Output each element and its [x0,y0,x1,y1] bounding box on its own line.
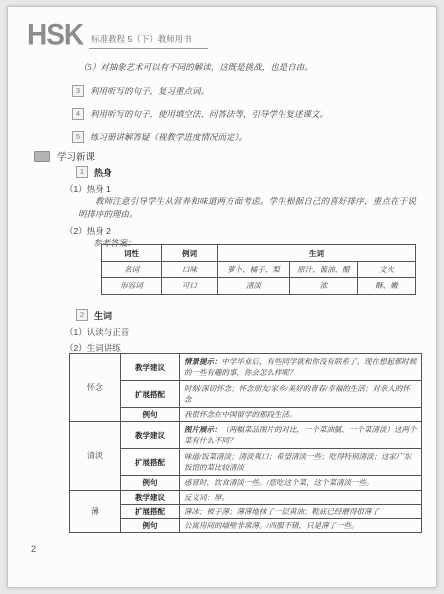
expand-content: 薄冰；被子薄；薄薄地抹了一层黄油；鞋底已经磨得很薄了 [180,504,422,518]
table-row: 名词 口味 萝卜、橘子、梨 原汁、酱油、醋 文火 [102,262,416,278]
section-marker-icon [34,151,50,162]
suggest-lead: 情景提示： [184,357,222,366]
step-number-box: 4 [72,108,84,120]
col-header-newwords: 生词 [218,245,416,262]
expand-content: 时刻/深切怀念；怀念朋友/家乡/美好的青春/幸福的生活；对亲人的怀念 [180,381,422,408]
warmup1-label: （1）热身 1 [65,183,111,195]
row-label-example: 例句 [121,476,180,490]
suggest-lead: 图片展示： [184,425,222,434]
suggest-text: 反义词：厚。 [184,493,229,502]
table-row: 例句 我很怀念在中国留学的那段生活。 [70,408,422,422]
row-label-suggest: 教学建议 [121,354,180,381]
warmup2-label: （2）热身 2 [65,225,111,237]
expand-content: 味道/饭菜清淡；清淡爽口；希望清淡一些；吃得特别清淡；这家广东饭馆的菜比较清淡 [180,449,422,476]
example-content: 感冒时，饮食清淡一些。/您吃这个菜，这个菜清淡一些。 [180,476,422,490]
hsk-logo: HSK [27,20,83,49]
words-cell: 浓 [290,278,358,294]
vocab-word-cell: 清淡 [70,422,121,490]
vocab-sub1-label: （1）认读与正音 [65,326,129,338]
words-cell: 酥、嫩 [358,278,416,294]
step-text: 利用听写的句子，使用填空法、问答法等，引导学生复述课文。 [90,108,328,120]
warmup-title: 热身 [94,166,112,179]
warmup1-note: 教师注意引导学生从营养和味道两方面考虑。学生根据自己的喜好排序，重点在于说明排序… [78,195,416,221]
example-content: 我很怀念在中国留学的那段生活。 [180,408,422,422]
step-3: 3 利用听写的句子，复习重点词。 [72,85,209,97]
pos-cell: 形容词 [102,278,162,294]
row-label-expand: 扩展搭配 [121,381,180,408]
col-header-example: 例词 [162,245,218,262]
vocab-title: 生词 [94,309,112,322]
row-label-example: 例句 [121,519,180,533]
table-row: 例句 感冒时，饮食清淡一些。/您吃这个菜，这个菜清淡一些。 [70,476,422,490]
step-number-box: 3 [72,85,84,97]
example-cell: 口味 [162,262,218,278]
table-row: 扩展搭配 薄冰；被子薄；薄薄地抹了一层黄油；鞋底已经磨得很薄了 [70,504,422,518]
suggest-content: 反义词：厚。 [180,490,422,504]
warmup-heading: 1 热身 [76,166,112,179]
vocab-number-box: 2 [76,309,88,321]
words-cell: 原汁、酱油、醋 [290,262,358,278]
example-content: 公寓房间的墙壁非常薄。/西服不错，只是薄了一些。 [180,519,422,533]
section-learn-new-lesson: 学习新课 [34,149,95,163]
warmup-answer-table: 词性 例词 生词 名词 口味 萝卜、橘子、梨 原汁、酱油、醋 文火 形容词 可口… [101,244,416,295]
row-label-expand: 扩展搭配 [121,449,180,476]
step-4: 4 利用听写的句子，使用填空法、问答法等，引导学生复述课文。 [72,108,328,120]
table-row: 清淡 教学建议 图片展示：（两幅菜品图片的对比，一个菜油腻、一个菜清淡）这两个菜… [70,422,422,449]
step-text: 练习册讲解答疑（视教学进度情况而定）。 [90,131,247,143]
words-cell: 文火 [358,262,416,278]
pos-cell: 名词 [102,262,162,278]
row-label-suggest: 教学建议 [121,490,180,504]
row-label-expand: 扩展搭配 [121,504,180,518]
header-brand: HSK 标准教程 5（下）教师用书 [27,21,208,49]
table-row: 怀念 教学建议 情景提示：中学毕业后，有些同学就和你没有联系了。现在想起那时候的… [70,354,422,381]
step-number-box: 5 [72,131,84,143]
table-row: 形容词 可口 清淡 浓 酥、嫩 [102,278,416,294]
page-number: 2 [31,544,36,554]
col-header-pos: 词性 [102,245,162,262]
section-title: 学习新课 [57,149,95,163]
words-cell: 清淡 [218,278,290,294]
row-label-example: 例句 [121,408,180,422]
table-row: 薄 教学建议 反义词：厚。 [70,490,422,504]
row-label-suggest: 教学建议 [121,422,180,449]
suggest-content: 图片展示：（两幅菜品图片的对比，一个菜油腻、一个菜清淡）这两个菜有什么不同？ [180,422,422,449]
book-page: HSK 标准教程 5（下）教师用书 （5）对抽象艺术可以有不同的解读，这既是挑战… [7,6,437,588]
suggest-content: 情景提示：中学毕业后，有些同学就和你没有联系了。现在想起那时候的一些有趣的事，你… [180,354,422,381]
table-row: 扩展搭配 时刻/深切怀念；怀念朋友/家乡/美好的青春/幸福的生活；对亲人的怀念 [70,381,422,408]
warmup-number-box: 1 [76,166,88,178]
intro-item-5: （5）对抽象艺术可以有不同的解读，这既是挑战，也是自由。 [79,61,313,73]
table-row: 例句 公寓房间的墙壁非常薄。/西服不错，只是薄了一些。 [70,519,422,533]
book-subtitle: 标准教程 5（下）教师用书 [89,33,208,49]
vocab-word-cell: 怀念 [70,354,121,422]
vocab-heading: 2 生词 [76,309,112,322]
table-header-row: 词性 例词 生词 [102,245,416,262]
vocab-word-cell: 薄 [70,490,121,533]
words-cell: 萝卜、橘子、梨 [218,262,290,278]
table-row: 扩展搭配 味道/饭菜清淡；清淡爽口；希望清淡一些；吃得特别清淡；这家广东饭馆的菜… [70,449,422,476]
example-cell: 可口 [162,278,218,294]
step-text: 利用听写的句子，复习重点词。 [90,85,209,97]
vocab-practice-table: 怀念 教学建议 情景提示：中学毕业后，有些同学就和你没有联系了。现在想起那时候的… [69,353,422,533]
step-5: 5 练习册讲解答疑（视教学进度情况而定）。 [72,131,247,143]
